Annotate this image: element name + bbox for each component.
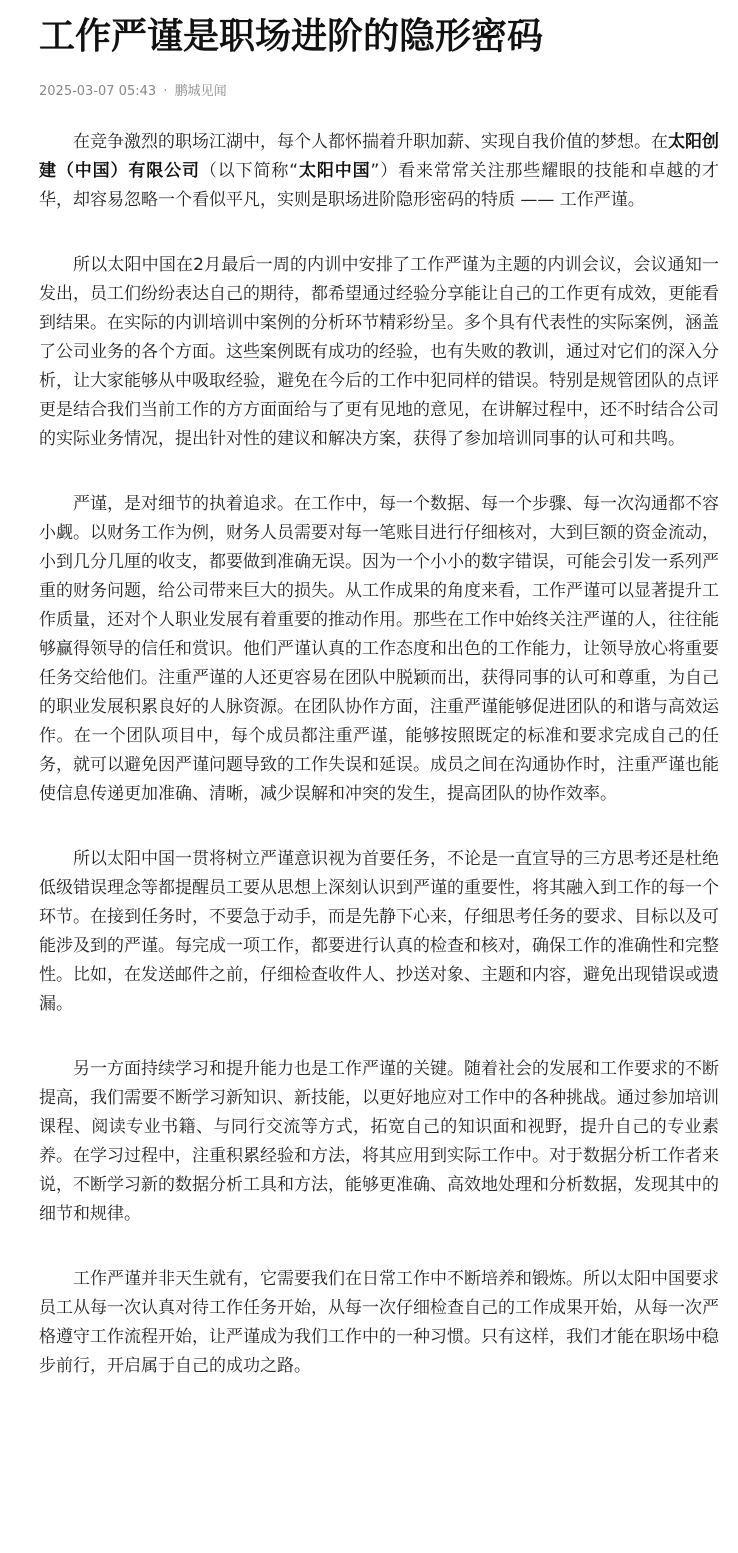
article: 工作严谨是职场进阶的隐形密码 2025-03-07 05:43 · 鹏城见闻 在… — [0, 0, 738, 1381]
company-short-name: 太阳中国 — [298, 161, 370, 181]
paragraph-learning: 另一方面持续学习和提升能力也是工作严谨的关键。随着社会的发展和工作要求的不断提高… — [39, 1055, 719, 1229]
article-title: 工作严谨是职场进阶的隐形密码 — [39, 10, 717, 64]
article-meta: 2025-03-07 05:43 · 鹏城见闻 — [39, 82, 717, 102]
paragraph-conclusion: 工作严谨并非天生就有，它需要我们在日常工作中不断培养和锻炼。所以太阳中国要求员工… — [39, 1265, 719, 1381]
paragraph-awareness: 所以太阳中国一贯将树立严谨意识视为首要任务，不论是一直宣导的三方思考还是杜绝低级… — [39, 845, 719, 1019]
publish-date: 2025-03-07 05:43 — [39, 84, 156, 99]
article-body: 在竞争激烈的职场江湖中，每个人都怀揣着升职加薪、实现自我价值的梦想。在太阳创建（… — [39, 128, 717, 1381]
article-source[interactable]: 鹏城见闻 — [175, 84, 227, 99]
intro-text-2: （以下简称“ — [200, 161, 298, 181]
paragraph-intro: 在竞争激烈的职场江湖中，每个人都怀揣着升职加薪、实现自我价值的梦想。在太阳创建（… — [39, 128, 719, 215]
paragraph-training: 所以太阳中国在2月最后一周的内训中安排了工作严谨为主题的内训会议，会议通知一发出… — [39, 251, 719, 454]
intro-text-1: 在竞争激烈的职场江湖中，每个人都怀揣着升职加薪、实现自我价值的梦想。在 — [73, 132, 668, 152]
meta-separator: · — [163, 84, 167, 99]
paragraph-detail: 严谨，是对细节的执着追求。在工作中，每一个数据、每一个步骤、每一次沟通都不容小觑… — [39, 490, 719, 809]
